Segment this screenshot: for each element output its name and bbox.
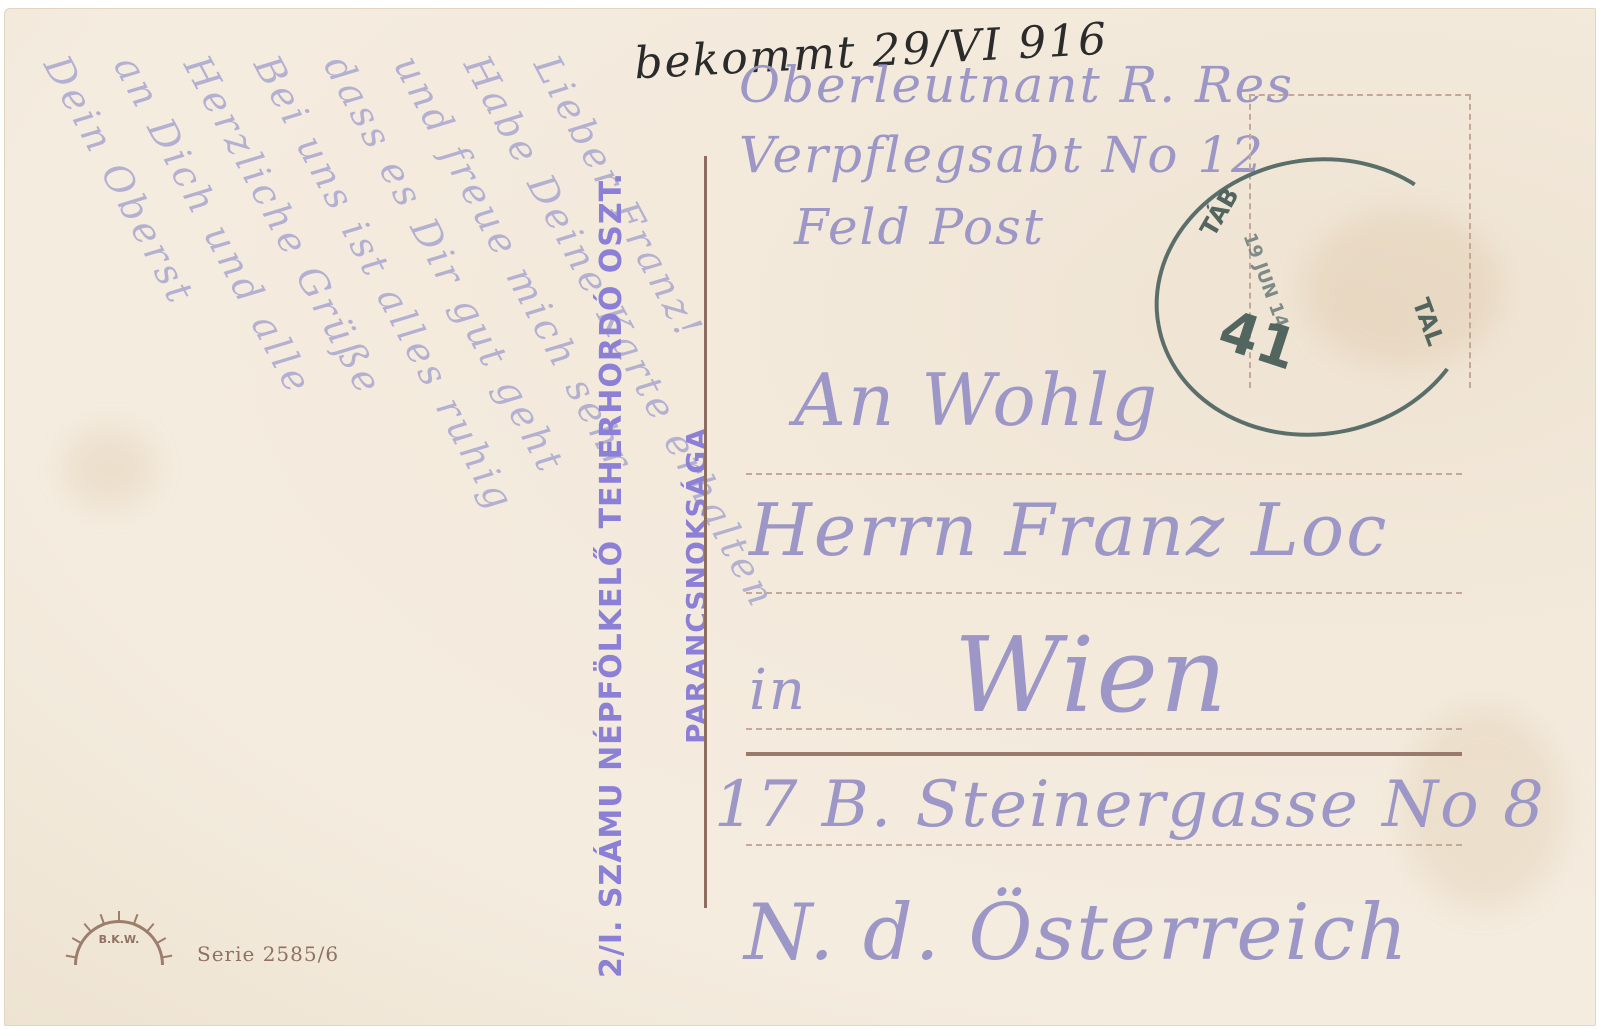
center-divider	[704, 156, 707, 908]
address-underline	[746, 752, 1462, 756]
address-line	[746, 473, 1462, 475]
censor-stamp-line2: PARANCSNOKSÁGA	[680, 427, 713, 744]
recipient-name: Herrn Franz Loc	[749, 488, 1388, 572]
censor-stamp-line1: 2/I. SZÁMU NÉPFÖLKELŐ TEHERHORDÓ OSZT.	[594, 172, 629, 978]
address-line	[746, 592, 1462, 594]
address-line	[746, 844, 1462, 846]
publisher-sun-logo: B.K.W.	[74, 920, 164, 965]
postcard-back: Lieber Franz! Habe Deine Karte erhalten …	[4, 8, 1596, 1026]
recipient-street: 17 B. Steinergasse No 8	[714, 768, 1546, 842]
sender-line3: Feld Post	[794, 198, 1045, 256]
recipient-country: N. d. Österreich	[744, 888, 1409, 978]
recipient-city-prefix: in	[749, 658, 807, 723]
sender-line2: Verpflegsabt No 12	[739, 126, 1265, 184]
publisher-logo-text: B.K.W.	[77, 933, 161, 946]
paper-stain	[64, 428, 154, 508]
recipient-salutation: An Wohlg	[794, 358, 1159, 442]
series-number: Serie 2585/6	[197, 942, 339, 966]
recipient-city: Wien	[954, 614, 1229, 736]
sender-line1: Oberleutnant R. Res	[739, 56, 1294, 114]
